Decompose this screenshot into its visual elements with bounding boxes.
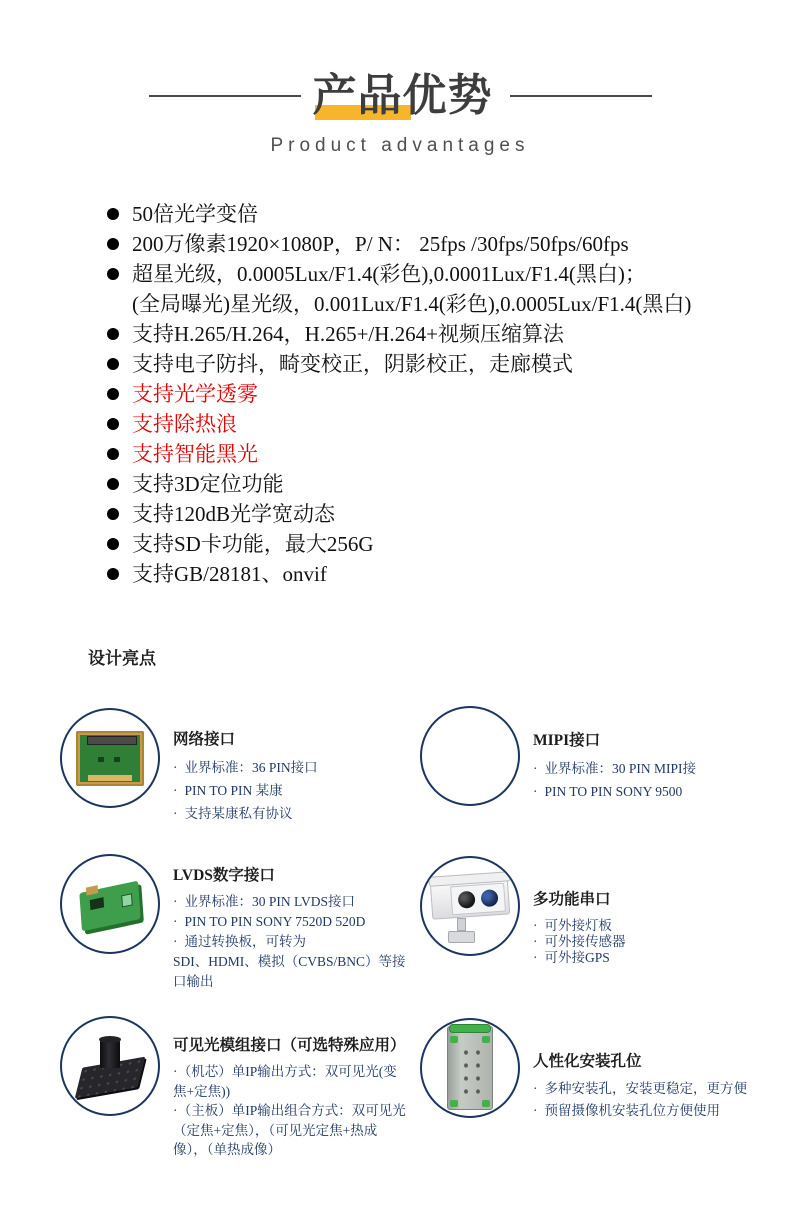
feature-item: 50倍光学变倍 xyxy=(107,199,757,229)
feature-text: 支持智能黑光 xyxy=(132,439,258,469)
feature-item-red: 支持光学透雾 xyxy=(107,379,757,409)
plate-corner xyxy=(482,1100,490,1107)
bullet-icon xyxy=(107,268,119,280)
highlight-card-network: 网络接口 业界标准：36 PIN接口 PIN TO PIN 某康 支持某康私有协… xyxy=(60,708,401,825)
highlight-circle-empty xyxy=(420,706,520,806)
board-terminal xyxy=(121,893,133,907)
feature-line-2: (全局曝光)星光级，0.001Lux/F1.4(彩色),0.0005Lux/F1… xyxy=(132,289,691,319)
card-item: 通过转换板，可转为 xyxy=(173,932,413,952)
board-chip xyxy=(98,757,104,762)
feature-text: 50倍光学变倍 xyxy=(132,199,258,229)
lvds-board-photo xyxy=(79,881,140,932)
card-item: 可外接灯板 xyxy=(533,918,773,934)
card-item: 可外接GPS xyxy=(533,950,773,966)
bullet-icon xyxy=(107,388,119,400)
card-item: PIN TO PIN SONY 7520D 520D xyxy=(173,912,413,932)
card-text: 网络接口 业界标准：36 PIN接口 PIN TO PIN 某康 支持某康私有协… xyxy=(173,708,401,825)
card-text: 可见光模组接口（可选特殊应用） （机芯）单IP输出方式：双可见光(变焦+定焦))… xyxy=(173,1016,409,1160)
highlight-circle xyxy=(60,1016,160,1116)
highlight-circle xyxy=(420,1018,520,1118)
camera-lens-navy xyxy=(480,889,498,907)
header: 产品优势 Product advantages xyxy=(0,68,800,157)
bullet-icon xyxy=(107,448,119,460)
card-title: 人性化安装孔位 xyxy=(533,1049,781,1071)
card-item-continuation: SDI、HDMI、模拟（CVBS/BNC）等接口输出 xyxy=(173,952,413,992)
bullet-icon xyxy=(107,538,119,550)
module-lens-top xyxy=(99,1036,121,1043)
feature-text: 支持电子防抖，畸变校正，阴影校正，走廊模式 xyxy=(132,349,573,379)
bullet-icon xyxy=(107,568,119,580)
title-left-line xyxy=(149,95,301,97)
feature-item: 支持H.265/H.264，H.265+/H.264+视频压缩算法 xyxy=(107,319,757,349)
highlight-circle xyxy=(420,856,520,956)
card-text: 人性化安装孔位 多种安装孔，安装更稳定，更方便 预留摄像机安装孔位方便使用 xyxy=(533,1018,781,1122)
highlight-circle xyxy=(60,854,160,954)
page-title: 产品优势 xyxy=(313,71,493,120)
card-item: 业界标准：30 PIN MIPI接 xyxy=(533,757,773,780)
plate-corner xyxy=(450,1036,458,1043)
module-lens xyxy=(100,1039,120,1068)
camera-body xyxy=(430,876,510,919)
feature-item: 支持电子防抖，畸变校正，阴影校正，走廊模式 xyxy=(107,349,757,379)
feature-item: 支持GB/28181、onvif xyxy=(107,559,757,589)
camera-lens-dark xyxy=(458,891,476,909)
card-title: 网络接口 xyxy=(173,727,401,749)
card-title: 多功能串口 xyxy=(533,887,773,909)
section-heading-design-highlights: 设计亮点 xyxy=(88,644,156,669)
highlight-card-serial: 多功能串口 可外接灯板 可外接传感器 可外接GPS xyxy=(420,856,773,966)
camera-neck xyxy=(457,918,466,931)
highlight-circle xyxy=(60,708,160,808)
feature-text: 支持120dB光学宽动态 xyxy=(132,499,335,529)
feature-text: 支持光学透雾 xyxy=(132,379,258,409)
card-item: 可外接传感器 xyxy=(533,934,773,950)
card-item: PIN TO PIN SONY 9500 xyxy=(533,780,773,803)
feature-item-red: 支持除热浪 xyxy=(107,409,757,439)
card-title: 可见光模组接口（可选特殊应用） xyxy=(173,1033,409,1055)
feature-text: 超星光级，0.0005Lux/F1.4(彩色),0.0001Lux/F1.4(黑… xyxy=(132,259,691,319)
highlight-card-visible-light-module: 可见光模组接口（可选特殊应用） （机芯）单IP输出方式：双可见光(变焦+定焦))… xyxy=(60,1016,409,1160)
feature-item-red: 支持智能黑光 xyxy=(107,439,757,469)
title-row: 产品优势 xyxy=(0,68,800,124)
bullet-icon xyxy=(107,328,119,340)
feature-text: 支持H.265/H.264，H.265+/H.264+视频压缩算法 xyxy=(132,319,564,349)
camera-base xyxy=(448,931,475,943)
feature-item: 支持120dB光学宽动态 xyxy=(107,499,757,529)
feature-text: 200万像素1920×1080P，P/ N： 25fps /30fps/50fp… xyxy=(132,229,629,259)
bullet-icon xyxy=(107,478,119,490)
card-item: 支持某康私有协议 xyxy=(173,802,401,825)
card-item: （主板）单IP输出组合方式：双可见光（定焦+定焦），（可见光定焦+热成像），（单… xyxy=(173,1101,409,1160)
plate-holes xyxy=(458,1044,483,1097)
card-item: 业界标准：30 PIN LVDS接口 xyxy=(173,892,413,912)
title-wrap: 产品优势 xyxy=(313,72,493,120)
feature-item: 支持SD卡功能，最大256G xyxy=(107,529,757,559)
bullet-icon xyxy=(107,418,119,430)
bullet-icon xyxy=(107,208,119,220)
camera-module-photo xyxy=(70,1032,150,1100)
page-subtitle: Product advantages xyxy=(0,135,800,157)
plate-corner xyxy=(450,1100,458,1107)
card-text: 多功能串口 可外接灯板 可外接传感器 可外接GPS xyxy=(533,856,773,966)
highlight-card-lvds: LVDS数字接口 业界标准：30 PIN LVDS接口 PIN TO PIN S… xyxy=(60,854,413,992)
highlight-card-mounting-holes: 人性化安装孔位 多种安装孔，安装更稳定，更方便 预留摄像机安装孔位方便使用 xyxy=(420,1018,781,1122)
feature-item: 支持3D定位功能 xyxy=(107,469,757,499)
camera-face xyxy=(450,883,506,916)
card-title: MIPI接口 xyxy=(533,728,773,750)
board-chip xyxy=(114,757,120,762)
card-item: 多种安装孔，安装更稳定，更方便 xyxy=(533,1078,781,1100)
feature-item: 超星光级，0.0005Lux/F1.4(彩色),0.0001Lux/F1.4(黑… xyxy=(107,259,757,319)
board-component xyxy=(86,885,98,896)
feature-line-1: 超星光级，0.0005Lux/F1.4(彩色),0.0001Lux/F1.4(黑… xyxy=(132,262,646,286)
plate-corner xyxy=(482,1036,490,1043)
dual-lens-camera-photo xyxy=(427,864,513,948)
feature-text: 支持除热浪 xyxy=(132,409,237,439)
feature-item: 200万像素1920×1080P，P/ N： 25fps /30fps/50fp… xyxy=(107,229,757,259)
card-item: 业界标准：36 PIN接口 xyxy=(173,756,401,779)
card-text: MIPI接口 业界标准：30 PIN MIPI接 PIN TO PIN SONY… xyxy=(533,706,773,806)
board-chip xyxy=(90,897,104,910)
feature-text: 支持SD卡功能，最大256G xyxy=(132,529,374,559)
bullet-icon xyxy=(107,238,119,250)
card-title: LVDS数字接口 xyxy=(173,863,413,885)
feature-text: 支持GB/28181、onvif xyxy=(132,559,327,589)
title-right-line xyxy=(510,95,652,97)
bullet-icon xyxy=(107,358,119,370)
card-item: 预留摄像机安装孔位方便使用 xyxy=(533,1100,781,1122)
board-edge-strip xyxy=(88,775,132,781)
plate-top-cap xyxy=(449,1024,491,1033)
mounting-plate-photo xyxy=(447,1026,493,1110)
highlight-card-mipi: MIPI接口 业界标准：30 PIN MIPI接 PIN TO PIN SONY… xyxy=(420,706,773,806)
bullet-icon xyxy=(107,508,119,520)
card-text: LVDS数字接口 业界标准：30 PIN LVDS接口 PIN TO PIN S… xyxy=(173,854,413,992)
feature-text: 支持3D定位功能 xyxy=(132,469,284,499)
board-connector xyxy=(87,736,137,745)
card-item: PIN TO PIN 某康 xyxy=(173,779,401,802)
network-board-photo xyxy=(76,731,144,786)
feature-list: 50倍光学变倍 200万像素1920×1080P，P/ N： 25fps /30… xyxy=(107,199,757,589)
card-item: （机芯）单IP输出方式：双可见光(变焦+定焦)) xyxy=(173,1062,409,1101)
